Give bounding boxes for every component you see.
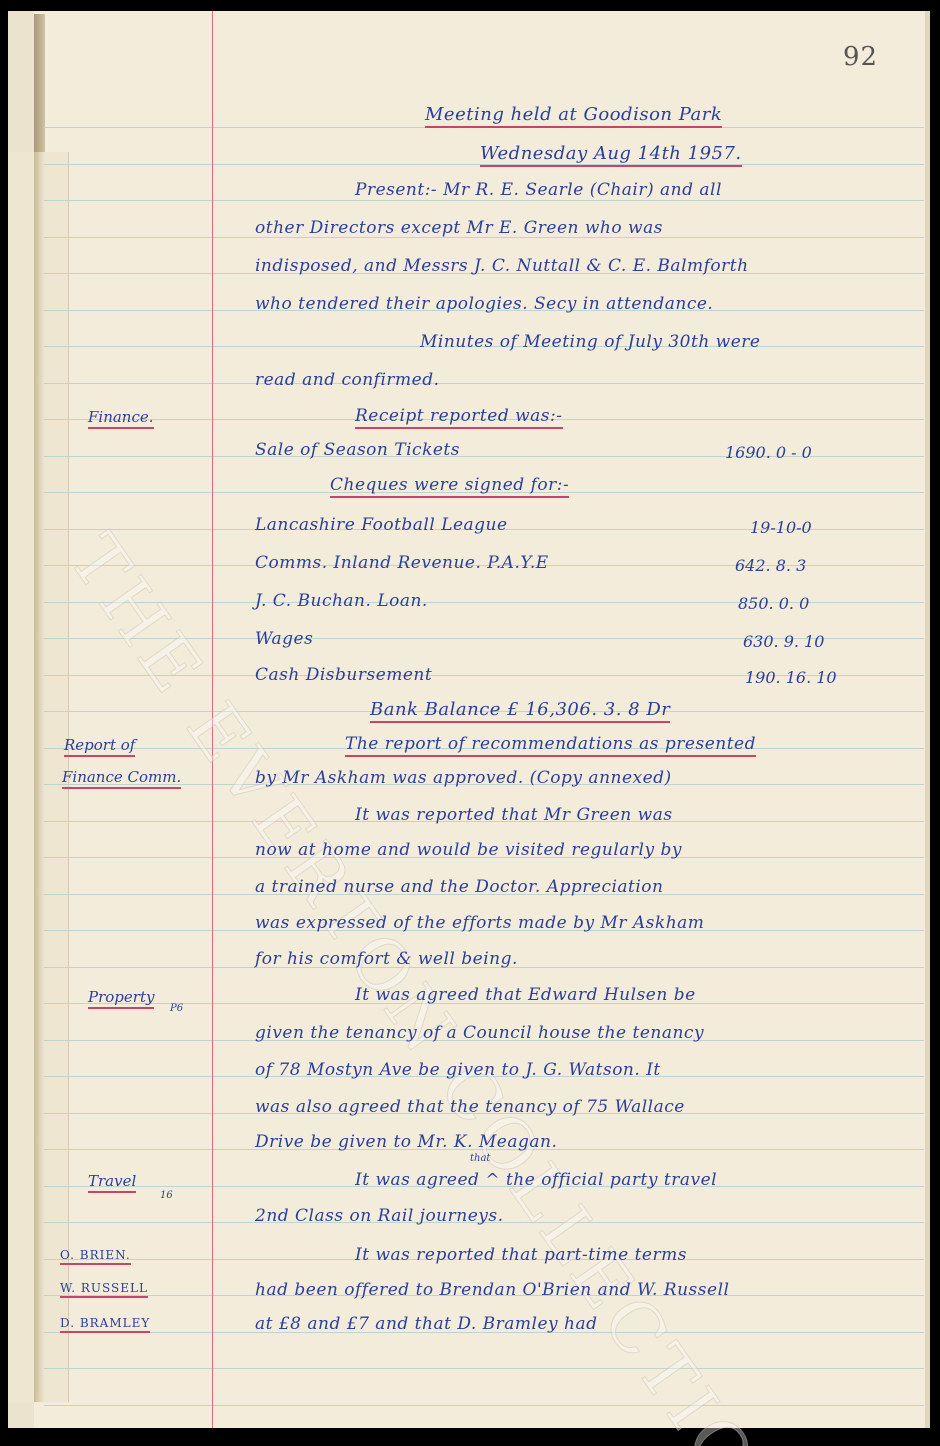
receipt-heading: Receipt reported was:- xyxy=(355,406,563,429)
committee-line: The report of recommendations as present… xyxy=(345,734,756,754)
side-label-finance: Finance. xyxy=(88,408,154,429)
players-line: at £8 and £7 and that D. Bramley had xyxy=(255,1314,598,1334)
cheque-amount: 190. 16. 10 xyxy=(745,668,837,687)
side-label-property: Property xyxy=(88,988,154,1009)
cheque-item: Comms. Inland Revenue. P.A.Y.E xyxy=(255,553,549,573)
side-label-bramley: D. BRAMLEY xyxy=(60,1316,150,1333)
green-line: for his comfort & well being. xyxy=(255,949,518,969)
receipt-item: Sale of Season Tickets xyxy=(255,440,460,460)
receipt-amount: 1690. 0 - 0 xyxy=(725,443,812,462)
cheque-item: J. C. Buchan. Loan. xyxy=(255,591,428,611)
margin-rule xyxy=(212,11,213,1428)
property-line: It was agreed that Edward Hulsen be xyxy=(355,985,696,1005)
side-label-obrien: O. BRIEN. xyxy=(60,1248,131,1265)
minutes-line: Minutes of Meeting of July 30th were xyxy=(420,332,760,352)
ruled-line xyxy=(44,200,924,201)
travel-line: 2nd Class on Rail journeys. xyxy=(255,1206,504,1226)
cheque-amount: 850. 0. 0 xyxy=(738,594,809,613)
travel-note: 16 xyxy=(160,1190,173,1201)
committee-line: by Mr Askham was approved. (Copy annexed… xyxy=(255,768,672,788)
present-line: indisposed, and Messrs J. C. Nuttall & C… xyxy=(255,256,749,276)
bank-balance: Bank Balance £ 16,306. 3. 8 Dr xyxy=(370,699,670,723)
committee-lead: The report of recommendations as present… xyxy=(345,734,756,757)
side-label-travel: Travel xyxy=(88,1172,136,1193)
present-line: who tendered their apologies. Secy in at… xyxy=(255,294,713,314)
travel-insertion: that xyxy=(470,1153,490,1164)
cheques-heading: Cheques were signed for:- xyxy=(330,475,569,498)
meeting-heading: Meeting held at Goodison Park xyxy=(425,104,722,128)
present-line: Present:- Mr R. E. Searle (Chair) and al… xyxy=(355,180,722,200)
present-line: other Directors except Mr E. Green who w… xyxy=(255,218,663,238)
cheque-amount: 642. 8. 3 xyxy=(735,556,806,575)
cheque-item: Wages xyxy=(255,629,313,649)
players-line: It was reported that part-time terms xyxy=(355,1245,687,1265)
ruled-line xyxy=(44,1405,924,1406)
property-note: P6 xyxy=(170,1003,183,1014)
meeting-date: Wednesday Aug 14th 1957. xyxy=(480,143,742,167)
cheque-item: Lancashire Football League xyxy=(255,515,508,535)
ruled-line xyxy=(44,1368,924,1369)
cheque-amount: 630. 9. 10 xyxy=(743,632,824,651)
page-edge xyxy=(925,11,930,1428)
ruled-line xyxy=(44,383,924,384)
green-line: It was reported that Mr Green was xyxy=(355,805,673,825)
cheque-amount: 19-10-0 xyxy=(750,518,812,537)
players-line: had been offered to Brendan O'Brien and … xyxy=(255,1280,729,1300)
side-label-report-of: Report of xyxy=(64,736,135,757)
page-number: 92 xyxy=(843,42,878,72)
property-line: Drive be given to Mr. K. Meagan. xyxy=(255,1132,557,1152)
side-label-finance-comm: Finance Comm. xyxy=(62,768,181,789)
travel-line: It was agreed ^ the official party trave… xyxy=(355,1170,717,1190)
minutes-line: read and confirmed. xyxy=(255,370,440,390)
cheque-item: Cash Disbursement xyxy=(255,665,432,685)
spine-shadow xyxy=(34,14,45,154)
property-line: given the tenancy of a Council house the… xyxy=(255,1023,704,1043)
green-line: now at home and would be visited regular… xyxy=(255,840,682,860)
tab-shadow xyxy=(34,152,44,1402)
property-line: of 78 Mostyn Ave be given to J. G. Watso… xyxy=(255,1060,661,1080)
side-label-russell: W. RUSSELL xyxy=(60,1281,148,1298)
green-line: a trained nurse and the Doctor. Apprecia… xyxy=(255,877,663,897)
property-line: was also agreed that the tenancy of 75 W… xyxy=(255,1097,685,1117)
green-line: was expressed of the efforts made by Mr … xyxy=(255,913,704,933)
